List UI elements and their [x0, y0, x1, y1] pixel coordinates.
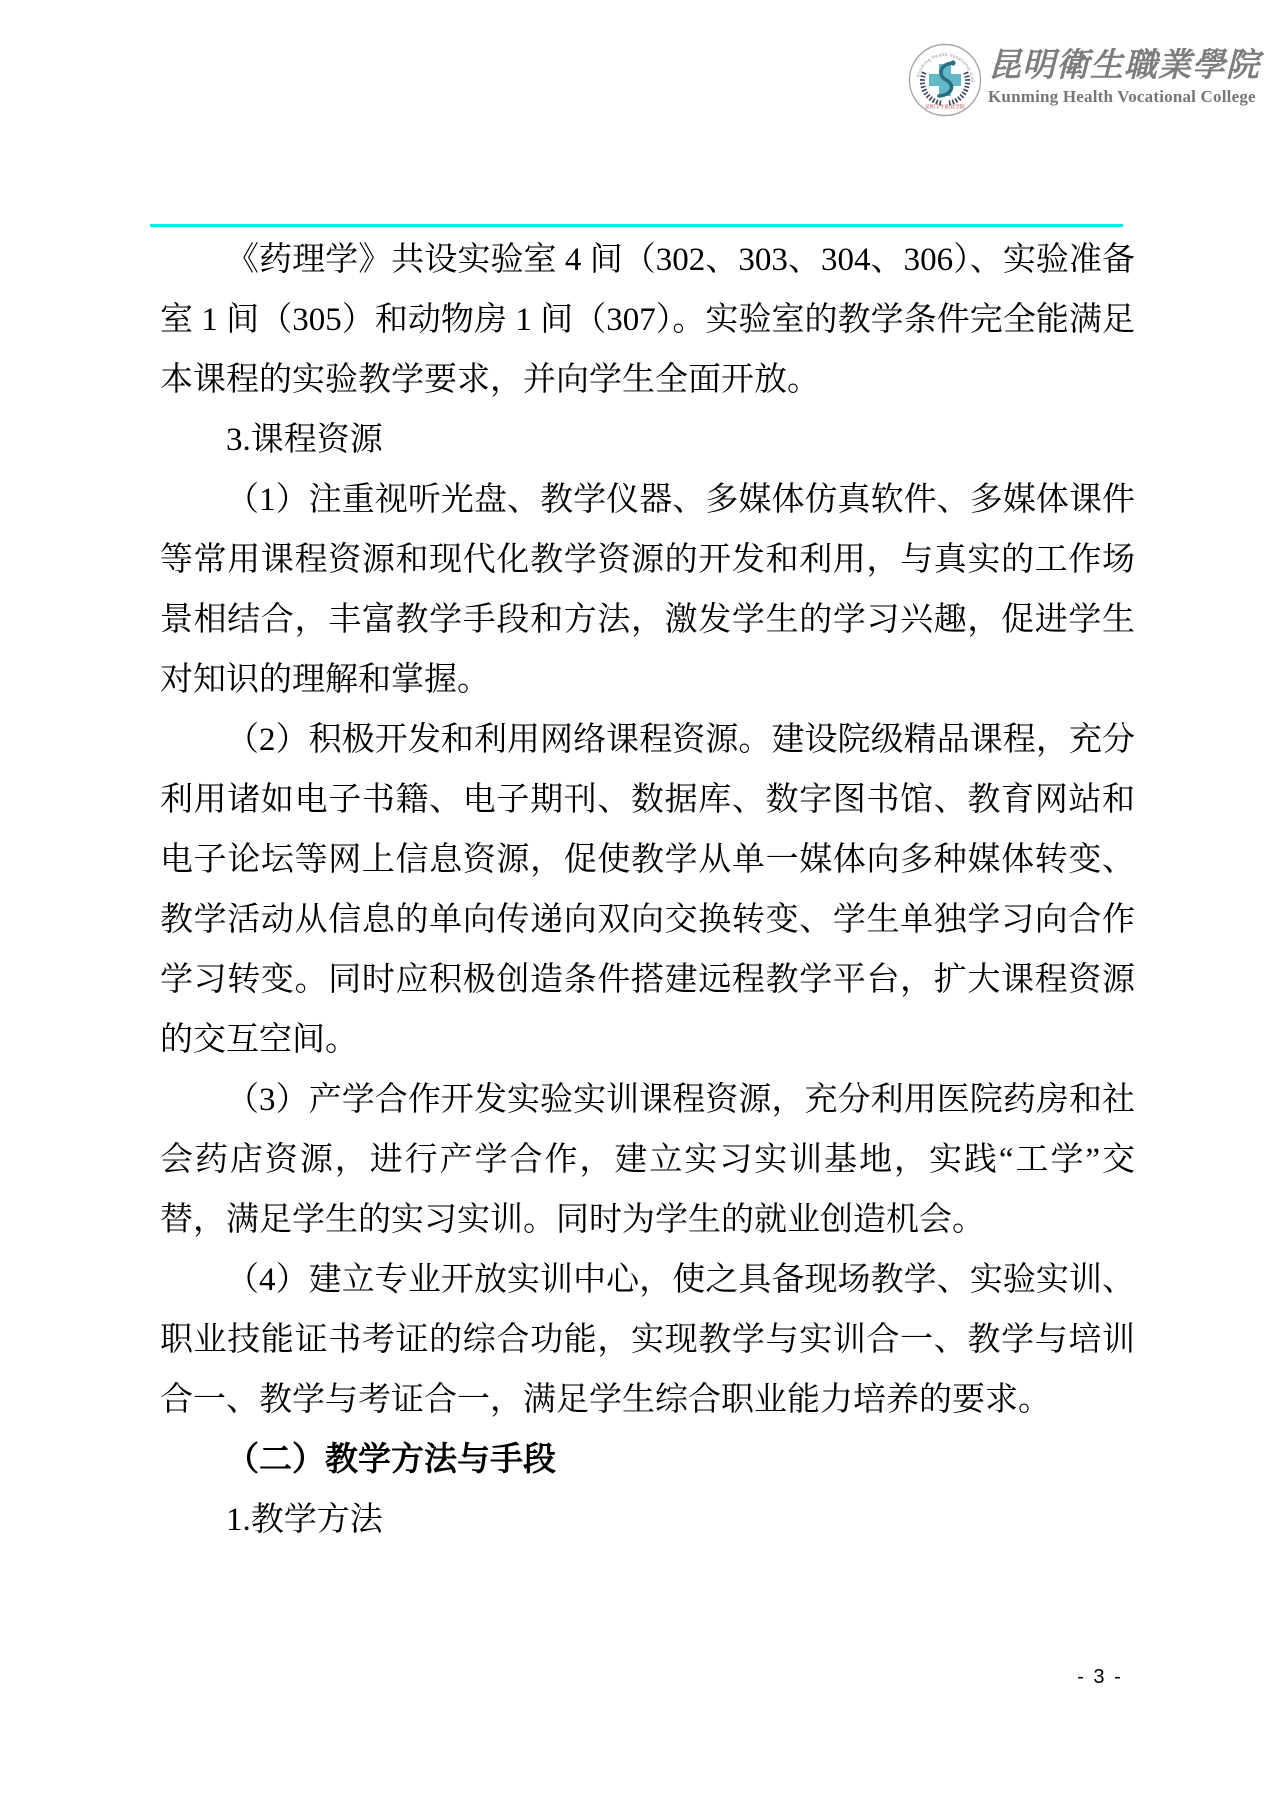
header-rule: [150, 224, 1123, 227]
college-logo: Kunming Health Vocational College 昆明卫生职业…: [908, 43, 1268, 121]
college-name-calligraphy: 昆明衛生職業學院: [988, 45, 1268, 85]
document-body: 《药理学》共设实验室 4 间（302、303、304、306）、实验准备室 1 …: [160, 230, 1135, 1550]
logo-text-column: 昆明衛生職業學院 Kunming Health Vocational Colle…: [988, 45, 1268, 107]
subheading-teaching-method: 1.教学方法: [160, 1490, 1135, 1550]
document-page: Kunming Health Vocational College 昆明卫生职业…: [0, 0, 1274, 1801]
seal-bottom-text: 昆明卫生职业学院: [925, 104, 965, 111]
paragraph-item-1: （1）注重视听光盘、教学仪器、多媒体仿真软件、多媒体课件等常用课程资源和现代化教…: [160, 470, 1135, 710]
college-name-english: Kunming Health Vocational College: [988, 87, 1268, 107]
paragraph-labs: 《药理学》共设实验室 4 间（302、303、304、306）、实验准备室 1 …: [160, 230, 1135, 410]
paragraph-course-resources-title: 3.课程资源: [160, 410, 1135, 470]
paragraph-item-3: （3）产学合作开发实验实训课程资源，充分利用医院药房和社会药店资源，进行产学合作…: [160, 1070, 1135, 1250]
dragon-head: [950, 60, 955, 65]
page-number: - 3 -: [1040, 1666, 1160, 1689]
paragraph-item-2: （2）积极开发和利用网络课程资源。建设院级精品课程，充分利用诸如电子书籍、电子期…: [160, 710, 1135, 1070]
college-seal-icon: Kunming Health Vocational College 昆明卫生职业…: [908, 43, 982, 117]
paragraph-item-4: （4）建立专业开放实训中心，使之具备现场教学、实验实训、职业技能证书考证的综合功…: [160, 1250, 1135, 1430]
section-heading-teaching-methods: （二）教学方法与手段: [160, 1430, 1135, 1490]
